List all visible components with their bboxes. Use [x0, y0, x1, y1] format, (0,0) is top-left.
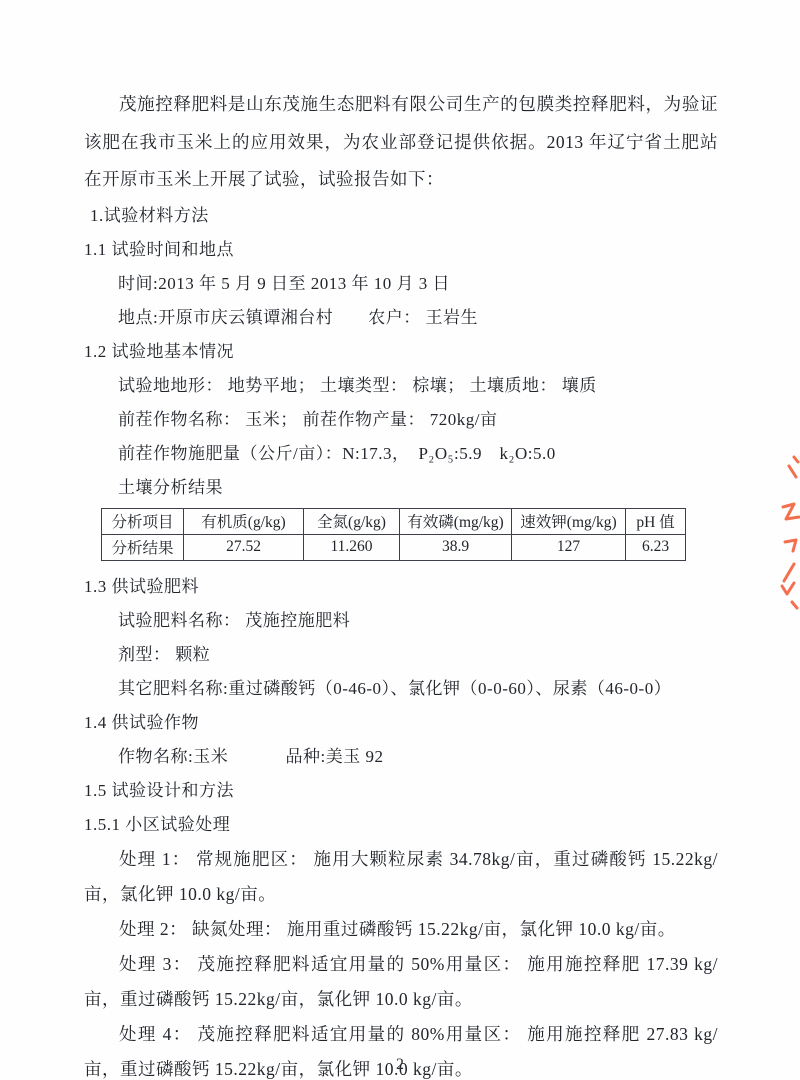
site-terrain: 试验地地形： 地势平地； 土壤类型： 棕壤； 土壤质地： 壤质 — [84, 369, 718, 403]
table-header-cell: 分析项目 — [102, 508, 184, 534]
fertilizer-form: 剂型： 颗粒 — [84, 638, 718, 672]
table-header-cell: pH 值 — [626, 508, 686, 534]
section-1-heading: 1.试验材料方法 — [84, 199, 718, 233]
table-cell: 38.9 — [400, 534, 512, 560]
table-cell: 6.23 — [626, 534, 686, 560]
section-1-3-heading: 1.3 供试验肥料 — [84, 570, 718, 604]
document-page: 茂施控释肥料是山东茂施生态肥料有限公司生产的包膜类控释肥料，为验证该肥在我市玉米… — [0, 0, 800, 1080]
table-cell: 127 — [512, 534, 626, 560]
page-number: 2 — [0, 1056, 800, 1074]
treatment-1-paragraph: 处理 1： 常规施肥区： 施用大颗粒尿素 34.78kg/亩，重过磷酸钙 15.… — [84, 842, 718, 912]
other-fertilizers: 其它肥料名称:重过磷酸钙（0-46-0）、氯化钾（0-0-60）、尿素（46-0… — [84, 672, 718, 706]
soil-analysis-table: 分析项目 有机质(g/kg) 全氮(g/kg) 有效磷(mg/kg) 速效钾(m… — [101, 508, 686, 561]
section-1-5-1-heading: 1.5.1 小区试验处理 — [84, 808, 718, 842]
trial-time: 时间:2013 年 5 月 9 日至 2013 年 10 月 3 日 — [84, 267, 718, 301]
previous-fertilization: 前茬作物施肥量（公斤/亩）：N:17.3， P₂O₅:5.9 k₂O:5.0 — [84, 437, 718, 471]
table-row: 分析结果 27.52 11.260 38.9 127 6.23 — [102, 534, 686, 560]
table-cell: 11.260 — [304, 534, 400, 560]
treatment-2-paragraph: 处理 2： 缺氮处理： 施用重过磷酸钙 15.22kg/亩，氯化钾 10.0 k… — [84, 912, 718, 947]
treatment-3-paragraph: 处理 3： 茂施控释肥料适宜用量的 50%用量区： 施用施控释肥 17.39 k… — [84, 947, 718, 1017]
section-1-5-heading: 1.5 试验设计和方法 — [84, 774, 718, 808]
table-header-cell: 速效钾(mg/kg) — [512, 508, 626, 534]
trial-location: 地点:开原市庆云镇谭湘台村 农户： 王岩生 — [84, 301, 718, 335]
table-header-cell: 有机质(g/kg) — [184, 508, 304, 534]
section-1-1-heading: 1.1 试验时间和地点 — [84, 233, 718, 267]
document-body: 茂施控释肥料是山东茂施生态肥料有限公司生产的包膜类控释肥料，为验证该肥在我市玉米… — [84, 86, 718, 1080]
intro-paragraph: 茂施控释肥料是山东茂施生态肥料有限公司生产的包膜类控释肥料，为验证该肥在我市玉米… — [84, 86, 718, 199]
table-header-cell: 有效磷(mg/kg) — [400, 508, 512, 534]
test-fertilizer-name: 试验肥料名称： 茂施控施肥料 — [84, 604, 718, 638]
table-cell: 分析结果 — [102, 534, 184, 560]
section-1-2-heading: 1.2 试验地基本情况 — [84, 335, 718, 369]
table-header-cell: 全氮(g/kg) — [304, 508, 400, 534]
section-1-4-heading: 1.4 供试验作物 — [84, 706, 718, 740]
table-header-row: 分析项目 有机质(g/kg) 全氮(g/kg) 有效磷(mg/kg) 速效钾(m… — [102, 508, 686, 534]
soil-table-caption: 土壤分析结果 — [84, 471, 718, 505]
crop-name-variety: 作物名称:玉米 品种:美玉 92 — [84, 740, 718, 774]
red-pen-annotation-marks-icon — [778, 452, 800, 617]
previous-crop: 前茬作物名称： 玉米； 前茬作物产量： 720kg/亩 — [84, 403, 718, 437]
table-cell: 27.52 — [184, 534, 304, 560]
